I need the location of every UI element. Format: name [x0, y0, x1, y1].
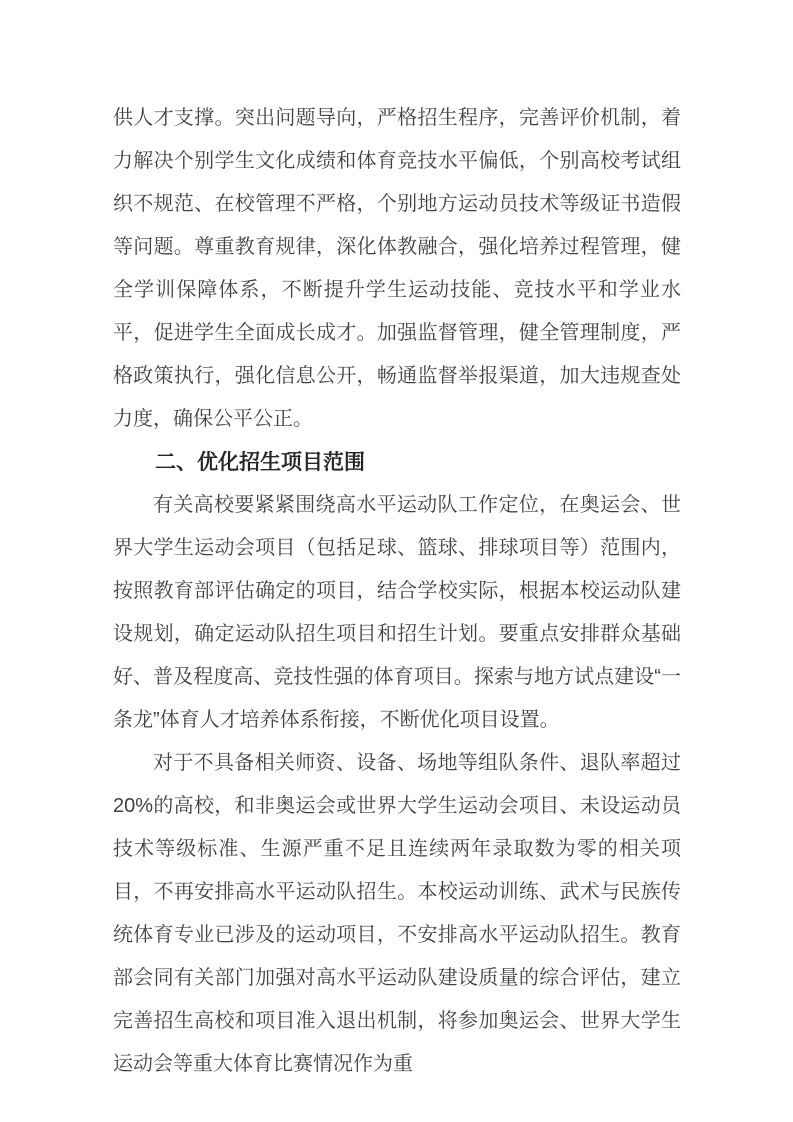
paragraph-continuation: 供人才支撑。突出问题导向，严格招生程序，完善评价机制，着力解决个别学生文化成绩和… — [113, 97, 681, 441]
document-text-block: 供人才支撑。突出问题导向，严格招生程序，完善评价机制，着力解决个别学生文化成绩和… — [113, 97, 681, 1086]
document-page: 供人才支撑。突出问题导向，严格招生程序，完善评价机制，着力解决个别学生文化成绩和… — [0, 0, 793, 1122]
section-heading: 二、优化招生项目范围 — [113, 441, 681, 484]
paragraph-project-scope: 有关高校要紧紧围绕高水平运动队工作定位，在奥运会、世界大学生运动会项目（包括足球… — [113, 484, 681, 742]
paragraph-exit-mechanism: 对于不具备相关师资、设备、场地等组队条件、退队率超过 20%的高校，和非奥运会或… — [113, 742, 681, 1086]
